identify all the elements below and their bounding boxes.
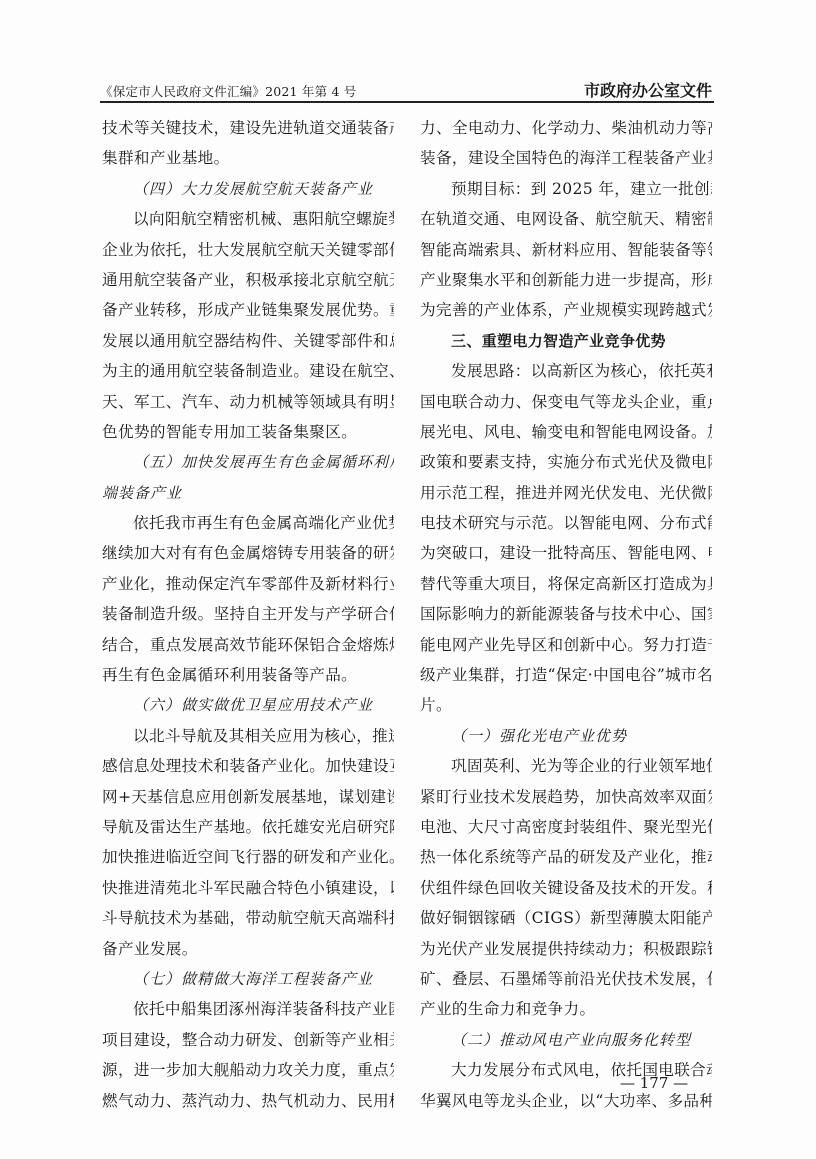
text-line: 政策和要素支持，实施分布式光伏及微电网应 xyxy=(420,447,712,477)
right-column: 力、全电动力、化学动力、柴油机动力等高端装备，建设全国特色的海洋工程装备产业基地… xyxy=(420,113,712,1116)
text-line: 用示范工程，推进并网光伏发电、光伏微网发 xyxy=(420,478,712,508)
text-line: 天、军工、汽车、动力机械等领域具有明显特 xyxy=(102,387,394,417)
text-line: 燃气动力、蒸汽动力、热气机动力、民用核动 xyxy=(102,1086,394,1116)
paragraph-start: 以北斗导航及其相关应用为核心，推进遥 xyxy=(102,721,394,751)
text-line: 备产业转移，形成产业链集聚发展优势。重点 xyxy=(102,295,394,325)
text-line: 为光伏产业发展提供持续动力；积极跟踪钙钛 xyxy=(420,934,712,964)
paragraph-start: 发展思路：以高新区为核心，依托英利、 xyxy=(420,356,712,386)
publication-title: 《保定市人民政府文件汇编》2021 年第 4 号 xyxy=(100,82,357,100)
text-line: 再生有色金属循环利用装备等产品。 xyxy=(102,660,394,690)
text-line: 项目建设，整合动力研发、创新等产业相关资 xyxy=(102,1025,394,1055)
section-subheading: （六）做实做优卫星应用技术产业 xyxy=(102,690,394,720)
text-line: 能电网产业先导区和创新中心。努力打造千亿 xyxy=(420,630,712,660)
text-line: 企业为依托，壮大发展航空航天关键零部件和 xyxy=(102,235,394,265)
text-line: 产业化，推动保定汽车零部件及新材料行业的 xyxy=(102,569,394,599)
text-line: 展光电、风电、输变电和智能电网设备。加强 xyxy=(420,417,712,447)
paragraph-start: 预期目标：到 2025 年，建立一批创新平台， xyxy=(420,174,712,204)
text-line: 产业的生命力和竞争力。 xyxy=(420,994,712,1024)
text-line: 产业聚集水平和创新能力进一步提高，形成较 xyxy=(420,265,712,295)
paragraph-start: 以向阳航空精密机械、惠阳航空螺旋桨等 xyxy=(102,204,394,234)
text-line: 感信息处理技术和装备产业化。加快建设互联 xyxy=(102,751,394,781)
text-line: 技术等关键技术，建设先进轨道交通装备产业 xyxy=(102,113,394,143)
section-subheading: （四）大力发展航空航天装备产业 xyxy=(102,174,394,204)
text-line: 替代等重大项目，将保定高新区打造成为具有 xyxy=(420,569,712,599)
paragraph-start: 依托中船集团涿州海洋装备科技产业园等 xyxy=(102,994,394,1024)
text-line: 通用航空装备产业，积极承接北京航空航天装 xyxy=(102,265,394,295)
text-line: 伏组件绿色回收关键设备及技术的开发。积极 xyxy=(420,873,712,903)
text-line: 为主的通用航空装备制造业。建设在航空、航 xyxy=(102,356,394,386)
text-line: 斗导航技术为基础，带动航空航天高端科技装 xyxy=(102,903,394,933)
text-line: 电技术研究与示范。以智能电网、分布式能源 xyxy=(420,508,712,538)
left-column: 技术等关键技术，建设先进轨道交通装备产业集群和产业基地。（四）大力发展航空航天装… xyxy=(102,113,394,1116)
text-line: 热一体化系统等产品的研发及产业化，推动光 xyxy=(420,842,712,872)
text-line: 做好铜铟镓硒（CIGS）新型薄膜太阳能产业化， xyxy=(420,903,712,933)
section-subheading: （一）强化光电产业优势 xyxy=(420,721,712,751)
text-line: 加快推进临近空间飞行器的研发和产业化。加 xyxy=(102,842,394,872)
text-line: 在轨道交通、电网设备、航空航天、精密制造、 xyxy=(420,204,712,234)
text-line: 紧盯行业技术发展趋势，加快高效率双面发电 xyxy=(420,782,712,812)
text-line: 继续加大对有有色金属熔铸专用装备的研发及 xyxy=(102,538,394,568)
text-line: 导航及雷达生产基地。依托雄安光启研究院， xyxy=(102,812,394,842)
page-number: — 177 — xyxy=(620,1074,688,1092)
text-line: 智能高端索具、新材料应用、智能装备等领域 xyxy=(420,235,712,265)
document-page: 《保定市人民政府文件汇编》2021 年第 4 号 市政府办公室文件 技术等关键技… xyxy=(0,0,816,1159)
text-line: 发展以通用航空器结构件、关键零部件和总装 xyxy=(102,326,394,356)
section-subheading: 端装备产业 xyxy=(102,478,394,508)
header-divider xyxy=(100,101,714,103)
text-line: 集群和产业基地。 xyxy=(102,143,394,173)
text-line: 结合，重点发展高效节能环保铝合金熔炼炉组、 xyxy=(102,630,394,660)
text-line: 片。 xyxy=(420,690,712,720)
text-line: 为突破口，建设一批特高压、智能电网、电能 xyxy=(420,538,712,568)
section-subheading: （七）做精做大海洋工程装备产业 xyxy=(102,964,394,994)
text-line: 为完善的产业体系，产业规模实现跨越式发展。 xyxy=(420,295,712,325)
text-line: 装备制造升级。坚持自主开发与产学研合作相 xyxy=(102,599,394,629)
text-line: 色优势的智能专用加工装备集聚区。 xyxy=(102,417,394,447)
text-line: 快推进清苑北斗军民融合特色小镇建设，以北 xyxy=(102,873,394,903)
section-label: 市政府办公室文件 xyxy=(584,78,712,101)
text-line: 矿、叠层、石墨烯等前沿光伏技术发展，保持 xyxy=(420,964,712,994)
text-line: 电池、大尺寸高密度封装组件、聚光型光伏光 xyxy=(420,812,712,842)
section-subheading: （二）推动风电产业向服务化转型 xyxy=(420,1025,712,1055)
text-line: 级产业集群，打造“保定·中国电谷”城市名 xyxy=(420,660,712,690)
text-line: 备产业发展。 xyxy=(102,934,394,964)
text-line: 国际影响力的新能源装备与技术中心、国家智 xyxy=(420,599,712,629)
text-line: 源，进一步加大舰船动力攻关力度，重点发展 xyxy=(102,1055,394,1085)
section-heading: 三、重塑电力智造产业竞争优势 xyxy=(420,326,712,356)
text-line: 力、全电动力、化学动力、柴油机动力等高端 xyxy=(420,113,712,143)
page-header: 《保定市人民政府文件汇编》2021 年第 4 号 市政府办公室文件 xyxy=(100,78,712,100)
section-subheading: （五）加快发展再生有色金属循环利用高 xyxy=(102,447,394,477)
paragraph-start: 依托我市再生有色金属高端化产业优势， xyxy=(102,508,394,538)
paragraph-start: 巩固英利、光为等企业的行业领军地位， xyxy=(420,751,712,781)
text-line: 网+天基信息应用创新发展基地，谋划建设卫星 xyxy=(102,782,394,812)
text-line: 装备，建设全国特色的海洋工程装备产业基地。 xyxy=(420,143,712,173)
text-line: 国电联合动力、保变电气等龙头企业，重点发 xyxy=(420,387,712,417)
